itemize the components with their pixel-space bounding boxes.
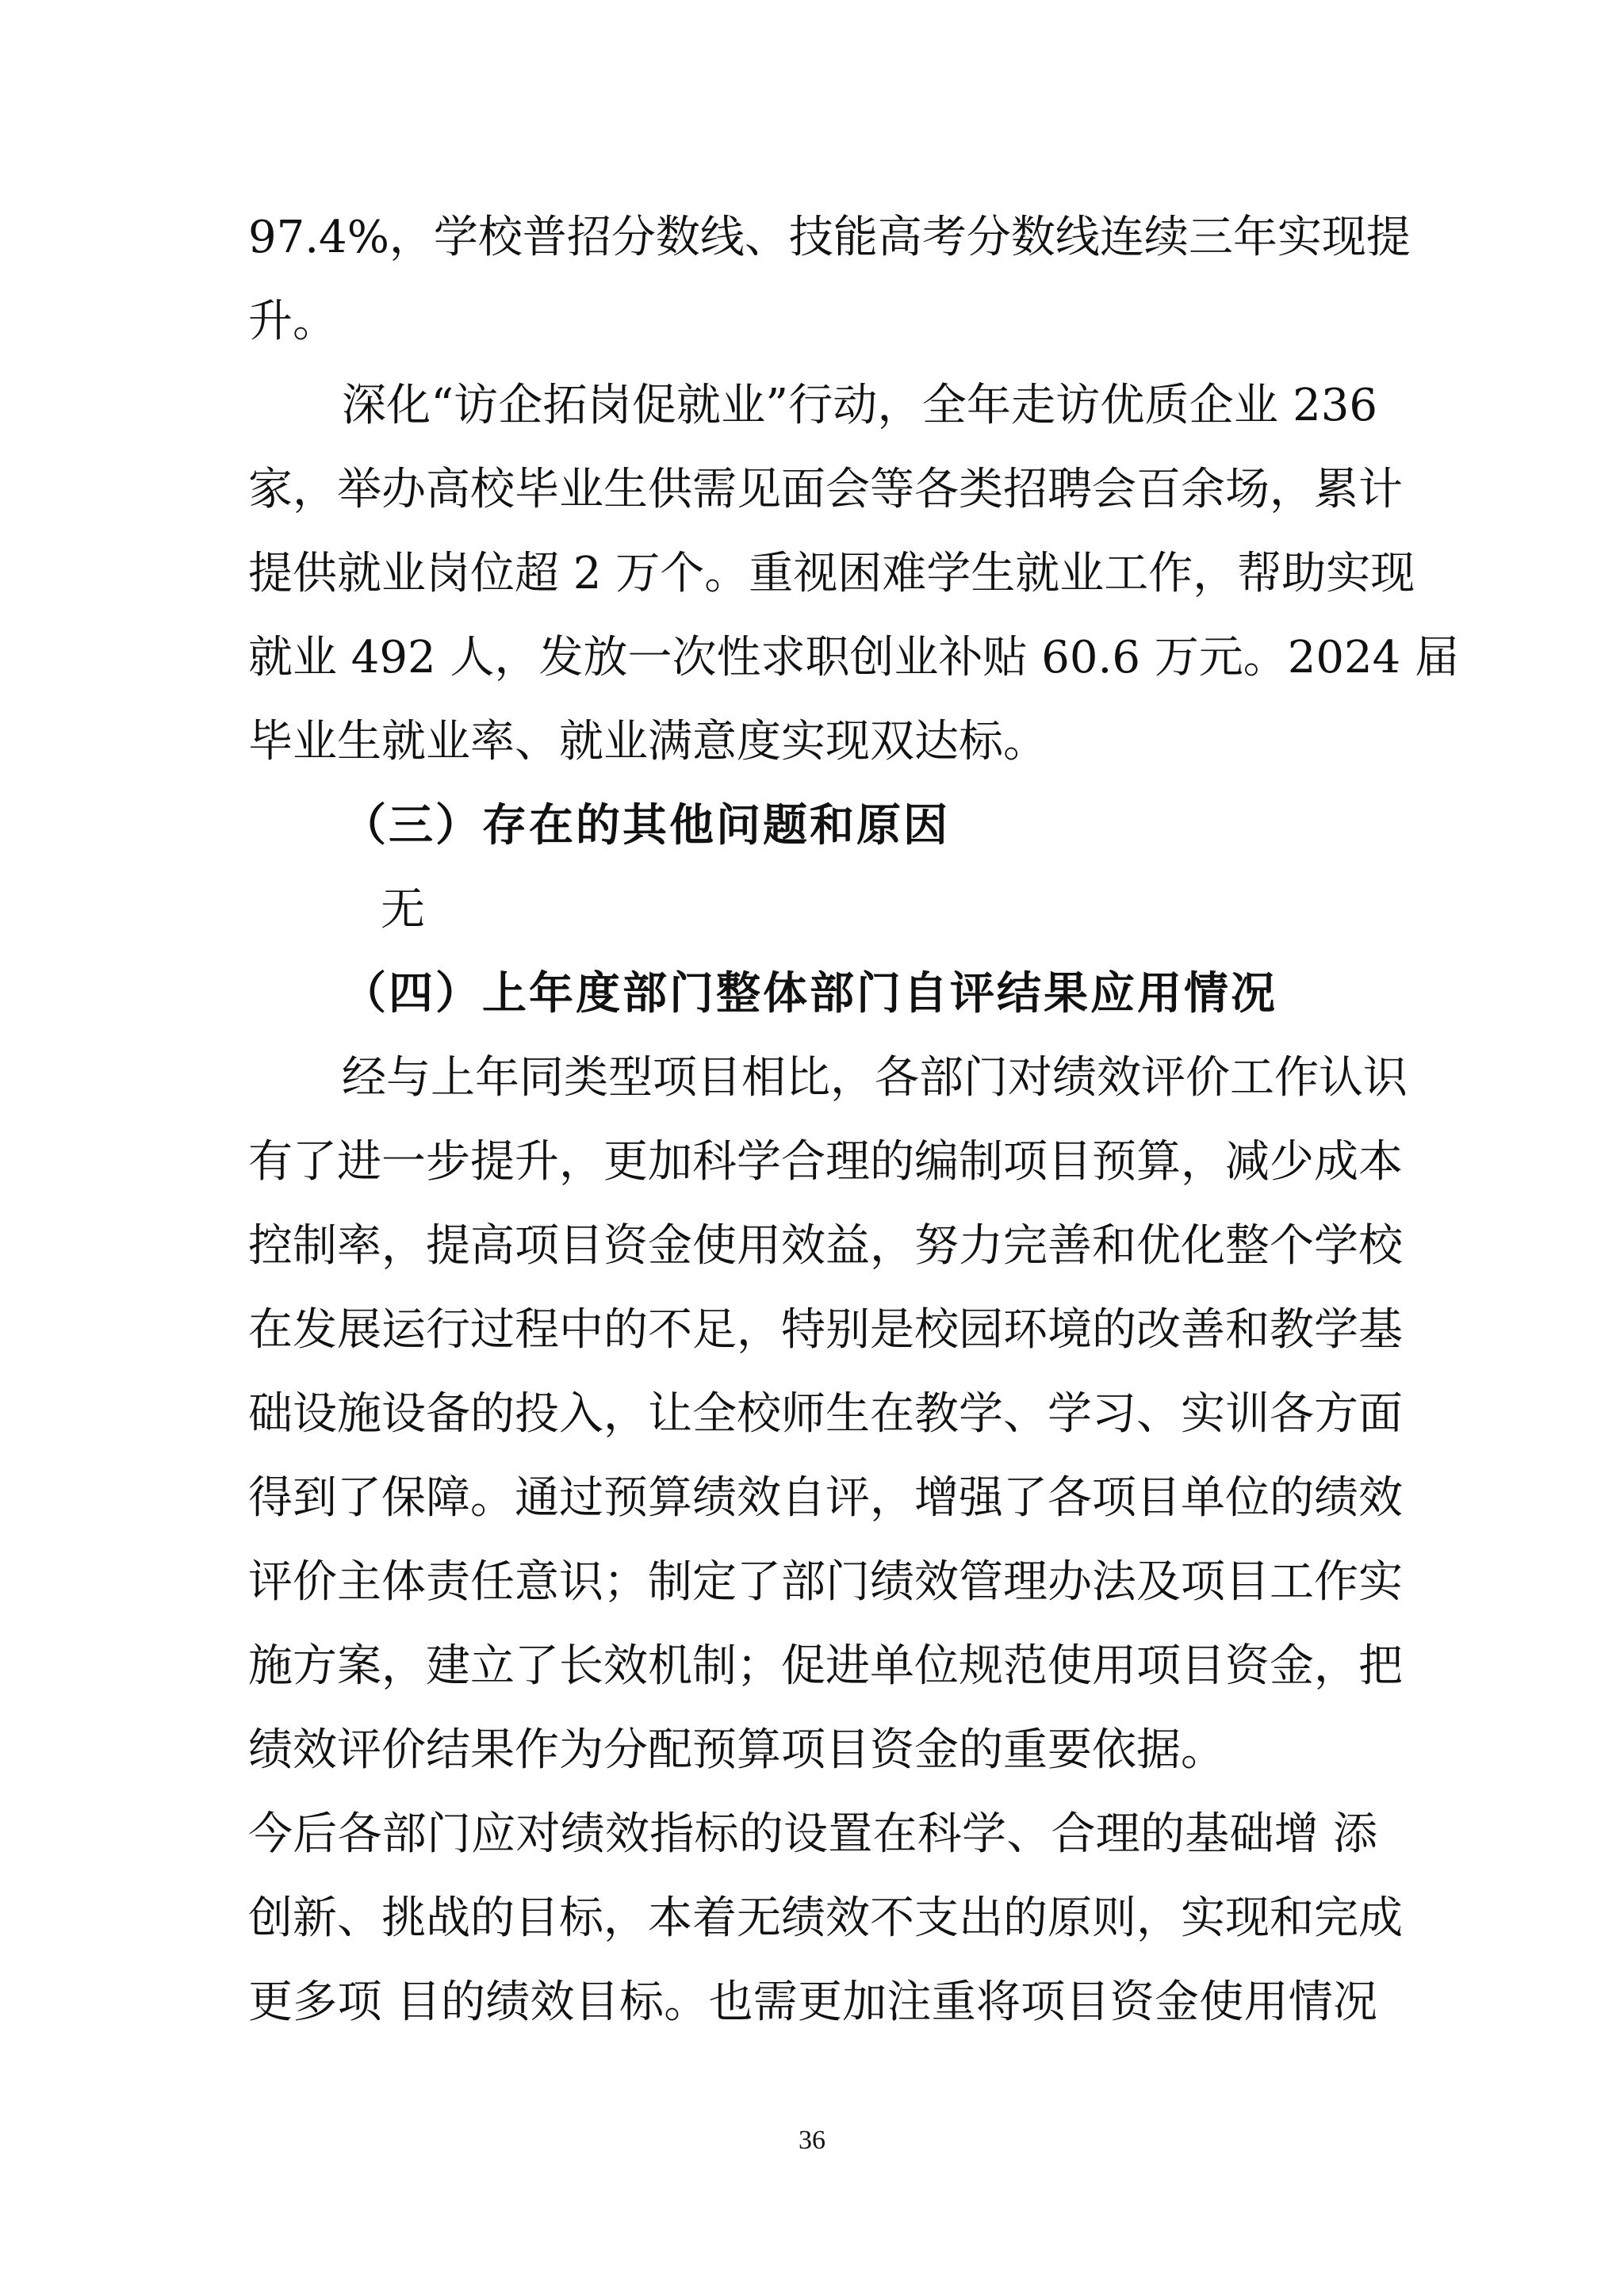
body-text-line: 更多项 目的绩效目标。也需更加注重将项目资金使用情况 bbox=[248, 1971, 1377, 2034]
body-text-line: 在发展运行过程中的不足，特别是校园环境的改善和教学基 bbox=[248, 1299, 1377, 1362]
body-text-line: 无 bbox=[381, 878, 425, 942]
document-page: 97.4%，学校普招分数线、技能高考分数线连续三年实现提 升。 深化“访企拓岗促… bbox=[0, 0, 1624, 2296]
body-text-line: 绩效评价结果作为分配预算项目资金的重要依据。 bbox=[248, 1719, 1377, 1782]
body-text-line: 有了进一步提升，更加科学合理的编制项目预算，减少成本 bbox=[248, 1131, 1377, 1194]
body-text-line: 创新、挑战的目标，本着无绩效不支出的原则，实现和完成 bbox=[248, 1887, 1377, 1950]
body-text-line: 升。 bbox=[248, 290, 1377, 354]
body-text-line: 深化“访企拓岗促就业”行动，全年走访优质企业 236 bbox=[342, 374, 1377, 438]
body-text-line: 得到了保障。通过预算绩效自评，增强了各项目单位的绩效 bbox=[248, 1467, 1377, 1530]
body-text-line: 家，举办高校毕业生供需见面会等各类招聘会百余场，累计 bbox=[248, 458, 1377, 522]
body-text-line: 础设施设备的投入，让全校师生在教学、学习、实训各方面 bbox=[248, 1383, 1377, 1446]
body-text-line: 毕业生就业率、就业满意度实现双达标。 bbox=[248, 710, 1377, 774]
body-text-line: 控制率，提高项目资金使用效益，努力完善和优化整个学校 bbox=[248, 1215, 1377, 1278]
section-heading: （四）上年度部门整体部门自评结果应用情况 bbox=[342, 962, 1277, 1026]
body-text-line: 就业 492 人，发放一次性求职创业补贴 60.6 万元。2024 届 bbox=[248, 626, 1377, 690]
body-text-line: 施方案，建立了长效机制；促进单位规范使用项目资金，把 bbox=[248, 1635, 1377, 1698]
body-text-line: 今后各部门应对绩效指标的设置在科学、合理的基础增 添 bbox=[248, 1803, 1377, 1866]
body-text-line: 评价主体责任意识；制定了部门绩效管理办法及项目工作实 bbox=[248, 1551, 1377, 1614]
body-text-line: 97.4%，学校普招分数线、技能高考分数线连续三年实现提 bbox=[248, 206, 1377, 270]
section-heading: （三）存在的其他问题和原因 bbox=[342, 794, 950, 858]
body-text-line: 经与上年同类型项目相比，各部门对绩效评价工作认识 bbox=[342, 1047, 1377, 1110]
body-text-line: 提供就业岗位超 2 万个。重视困难学生就业工作，帮助实现 bbox=[248, 542, 1377, 606]
page-number: 36 bbox=[0, 2125, 1624, 2156]
